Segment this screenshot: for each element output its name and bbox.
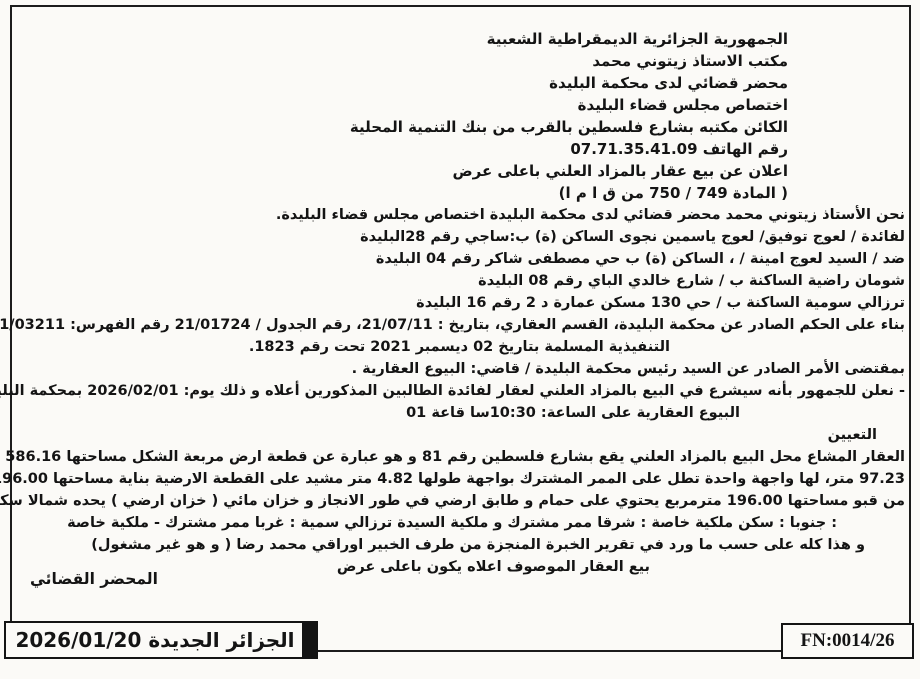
document-line: لفائدة / لعوج توفيق/ لعوج ياسمين نجوى ال…: [15, 226, 905, 248]
header-line-auction-title: اعلان عن بيع عقار بالمزاد العلني باعلى ع…: [350, 160, 788, 182]
header-line-address: الكائن مكتبه بشارع فلسطين بالقرب من بنك …: [350, 116, 788, 138]
stamp-text: الجزائر الجديدة 2026/01/20: [6, 628, 316, 652]
bailiff-signature-label: المحضر القضائي: [30, 570, 158, 588]
header-line-bailiff: محضر قضائي لدى محكمة البليدة: [350, 72, 788, 94]
document-line: نحن الأستاذ زيتوني محمد محضر قضائي لدى م…: [15, 204, 905, 226]
document-line: : جنوبا : سكن ملكية خاصة : شرقا ممر مشتر…: [15, 512, 905, 534]
document-line: ترزالي سومية الساكنة ب / حي 130 مسكن عما…: [15, 292, 905, 314]
document-line: من قبو مساحتها 196.00 مترمربع يحتوي على …: [15, 490, 905, 512]
document-line: البيوع العقارية على الساعة: 10:30سا قاعة…: [15, 402, 905, 424]
section-title-designation: التعيين: [15, 424, 905, 446]
document-body: نحن الأستاذ زيتوني محمد محضر قضائي لدى م…: [15, 204, 905, 578]
document-line: 97.23 متر، لها واجهة واحدة تطل على الممر…: [15, 468, 905, 490]
newspaper-date-stamp: الجزائر الجديدة 2026/01/20: [4, 621, 318, 659]
header-line-legal-article: ( المادة 749 / 750 من ق ا م ا): [350, 182, 788, 204]
document-line: ضد / السيد لعوج امينة / ، الساكن (ة) ب ح…: [15, 248, 905, 270]
stamp-black-bar: [302, 622, 316, 658]
header-line-jurisdiction: اختصاص مجلس قضاء البليدة: [350, 94, 788, 116]
document-line: شومان راضية الساكنة ب / شارع خالدي الباي…: [15, 270, 905, 292]
document-line: و هذا كله على حسب ما ورد في تقرير الخبرة…: [15, 534, 905, 556]
publication-date: 2026/01/20: [15, 628, 141, 652]
document-line: العقار المشاع محل البيع بالمزاد العلني ي…: [15, 446, 905, 468]
document-line: بناء على الحكم الصادر عن محكمة البليدة، …: [15, 314, 905, 336]
file-reference-number: FN:0014/26: [801, 630, 895, 652]
document-header: الجمهورية الجزائرية الديمقراطية الشعبية …: [350, 28, 788, 204]
file-reference-stamp: FN:0014/26: [781, 623, 914, 659]
document-line: - نعلن للجمهور بأنه سيشرع في البيع بالمز…: [15, 380, 905, 402]
document-line: بمقتضى الأمر الصادر عن السيد رئيس محكمة …: [15, 358, 905, 380]
newspaper-name: الجزائر الجديدة: [148, 628, 294, 652]
header-line-office: مكتب الاستاذ زيتوني محمد: [350, 50, 788, 72]
header-line-phone: رقم الهاتف 07.71.35.41.09: [350, 138, 788, 160]
document-line: التنفيذية المسلمة بتاريخ 02 ديسمبر 2021 …: [15, 336, 905, 358]
header-line-republic: الجمهورية الجزائرية الديمقراطية الشعبية: [350, 28, 788, 50]
